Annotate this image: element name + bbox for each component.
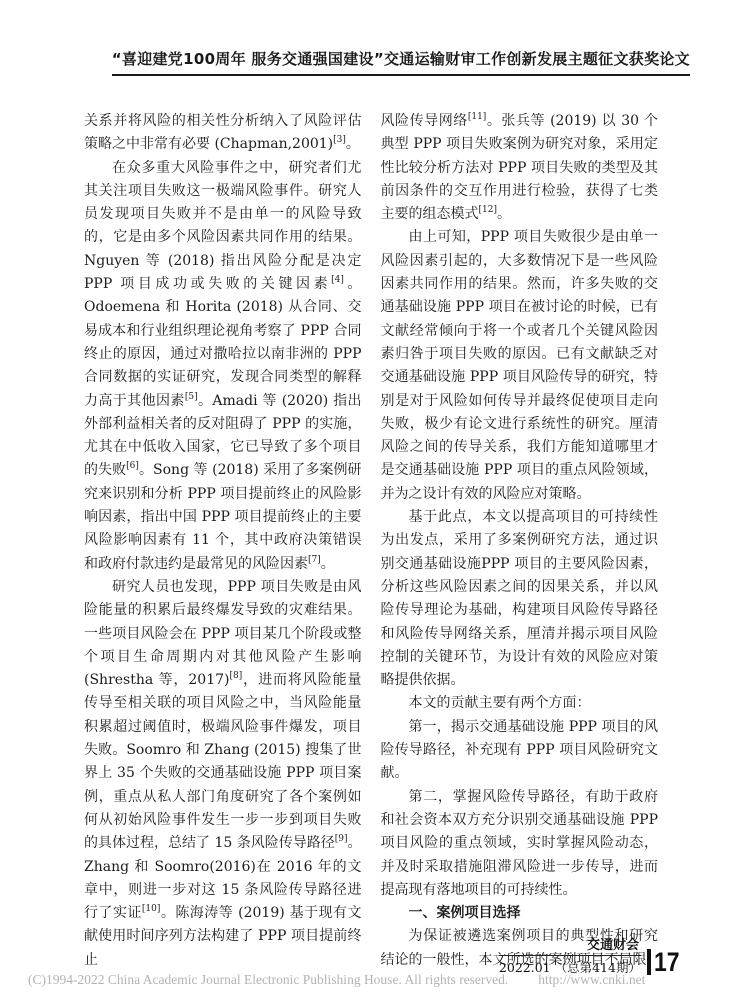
journal-issue-block: 交通财会 2022.01 （总第414期） [499, 934, 641, 976]
citation-ref: [4] [331, 275, 344, 285]
paragraph: 第一，揭示交通基础设施 PPP 项目的风险传导路径，补充现有 PPP 项目风险研… [381, 716, 659, 786]
article-body: 关系并将风险的相关性分析纳入了风险评估策略之中非常有必要 (Chapman,20… [84, 110, 658, 972]
paragraph: 由上可知，PPP 项目失败很少是由单一风险因素引起的，大多数情况下是一些风险因素… [381, 226, 659, 506]
citation-ref: [10] [142, 904, 160, 914]
citation-ref: [3] [333, 135, 346, 145]
citation-ref: [12] [479, 205, 497, 215]
paragraph: 基于此点，本文以提高项目的可持续性为出发点，采用了多案例研究方法，通过识别交通基… [381, 506, 659, 692]
right-column: 风险传导网络[11]。张兵等 (2019) 以 30 个典型 PPP 项目失败案… [381, 110, 659, 972]
left-column: 关系并将风险的相关性分析纳入了风险评估策略之中非常有必要 (Chapman,20… [84, 110, 362, 972]
paragraph: 关系并将风险的相关性分析纳入了风险评估策略之中非常有必要 (Chapman,20… [84, 110, 362, 157]
paragraph: 在众多重大风险事件之中，研究者们尤其关注项目失败这一极端风险事件。研究人员发现项… [84, 157, 362, 576]
journal-footer: 交通财会 2022.01 （总第414期） 17 [499, 934, 684, 976]
citation-ref: [5] [185, 392, 198, 402]
paragraph: 风险传导网络[11]。张兵等 (2019) 以 30 个典型 PPP 项目失败案… [381, 110, 659, 226]
paragraph: 研究人员也发现，PPP 项目失败是由风险能量的积累后最终爆发导致的灾难结果。一些… [84, 576, 362, 972]
paper-page: “喜迎建党100周年 服务交通强国建设”交通运输财审工作创新发展主题征文获奖论文… [0, 0, 730, 994]
paragraph: 本文的贡献主要有两个方面： [381, 692, 659, 715]
citation-ref: [8] [230, 671, 243, 681]
paragraph: 第二，掌握风险传导路径，有助于政府和社会资本双方充分识别交通基础设施 PPP 项… [381, 786, 659, 902]
copyright-line: (C)1994-2022 China Academic Journal Elec… [28, 972, 708, 988]
citation-ref: [6] [126, 461, 139, 471]
section-heading: 一、案例项目选择 [381, 902, 659, 925]
cnki-url: http://www.cnki.net [538, 972, 645, 987]
citation-ref: [9] [335, 834, 348, 844]
journal-title: 交通财会 [499, 934, 641, 956]
conference-header: “喜迎建党100周年 服务交通强国建设”交通运输财审工作创新发展主题征文获奖论文 [112, 48, 690, 76]
citation-ref: [11] [468, 112, 486, 122]
copyright-notice: (C)1994-2022 China Academic Journal Elec… [28, 972, 508, 987]
citation-ref: [7] [308, 555, 321, 565]
